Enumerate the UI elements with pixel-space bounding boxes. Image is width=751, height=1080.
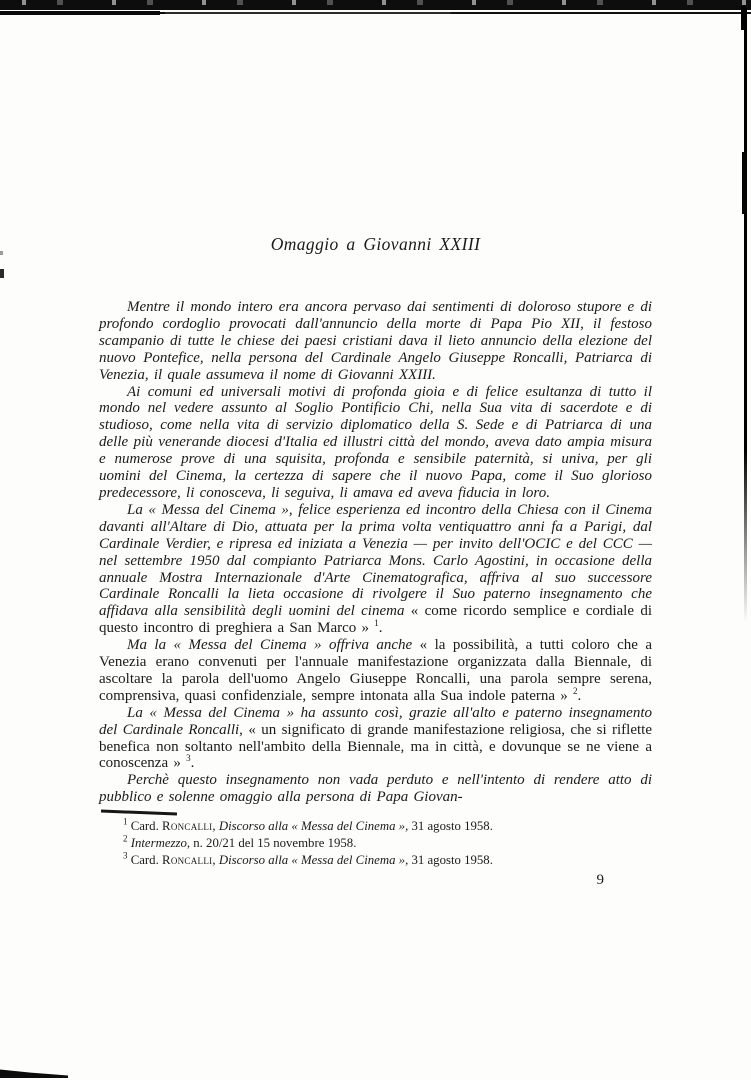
page-title: Omaggio a Giovanni XXIII <box>99 233 652 255</box>
scan-speck-left <box>0 269 4 278</box>
scan-artifact-top-edge <box>0 0 751 10</box>
paragraph-6: Perchè questo insegnamento non vada perd… <box>99 772 652 806</box>
footnote-separator <box>101 810 177 816</box>
paragraph-5: La « Messa del Cinema » ha assunto così,… <box>99 705 652 773</box>
footnote-2: 2 Intermezzo, n. 20/21 del 15 novembre 1… <box>99 835 652 852</box>
footnote-3: 3 Card. Roncalli, Discorso alla « Messa … <box>99 852 652 869</box>
footnotes: 1 Card. Roncalli, Discorso alla « Messa … <box>99 818 652 869</box>
page-number: 9 <box>99 872 652 889</box>
paragraph-2: Ai comuni ed universali motivi di profon… <box>99 384 652 502</box>
paragraph-1: Mentre il mondo intero era ancora pervas… <box>99 299 652 384</box>
paragraph-4: Ma la « Messa del Cinema » offriva anche… <box>99 637 652 705</box>
text-column: Omaggio a Giovanni XXIII Mentre il mondo… <box>99 233 652 889</box>
footnote-1: 1 Card. Roncalli, Discorso alla « Messa … <box>99 818 652 835</box>
scan-artifact-right-edge <box>744 8 747 623</box>
scan-speck-left-faint <box>0 251 3 255</box>
scanned-document-page: Omaggio a Giovanni XXIII Mentre il mondo… <box>0 0 751 1080</box>
scan-artifact-top-rule-left <box>0 11 160 15</box>
scan-artifact-right-edge-thick <box>742 152 747 214</box>
scan-artifact-bottom-left <box>0 1069 68 1078</box>
paragraph-3: La « Messa del Cinema », felice esperien… <box>99 502 652 637</box>
